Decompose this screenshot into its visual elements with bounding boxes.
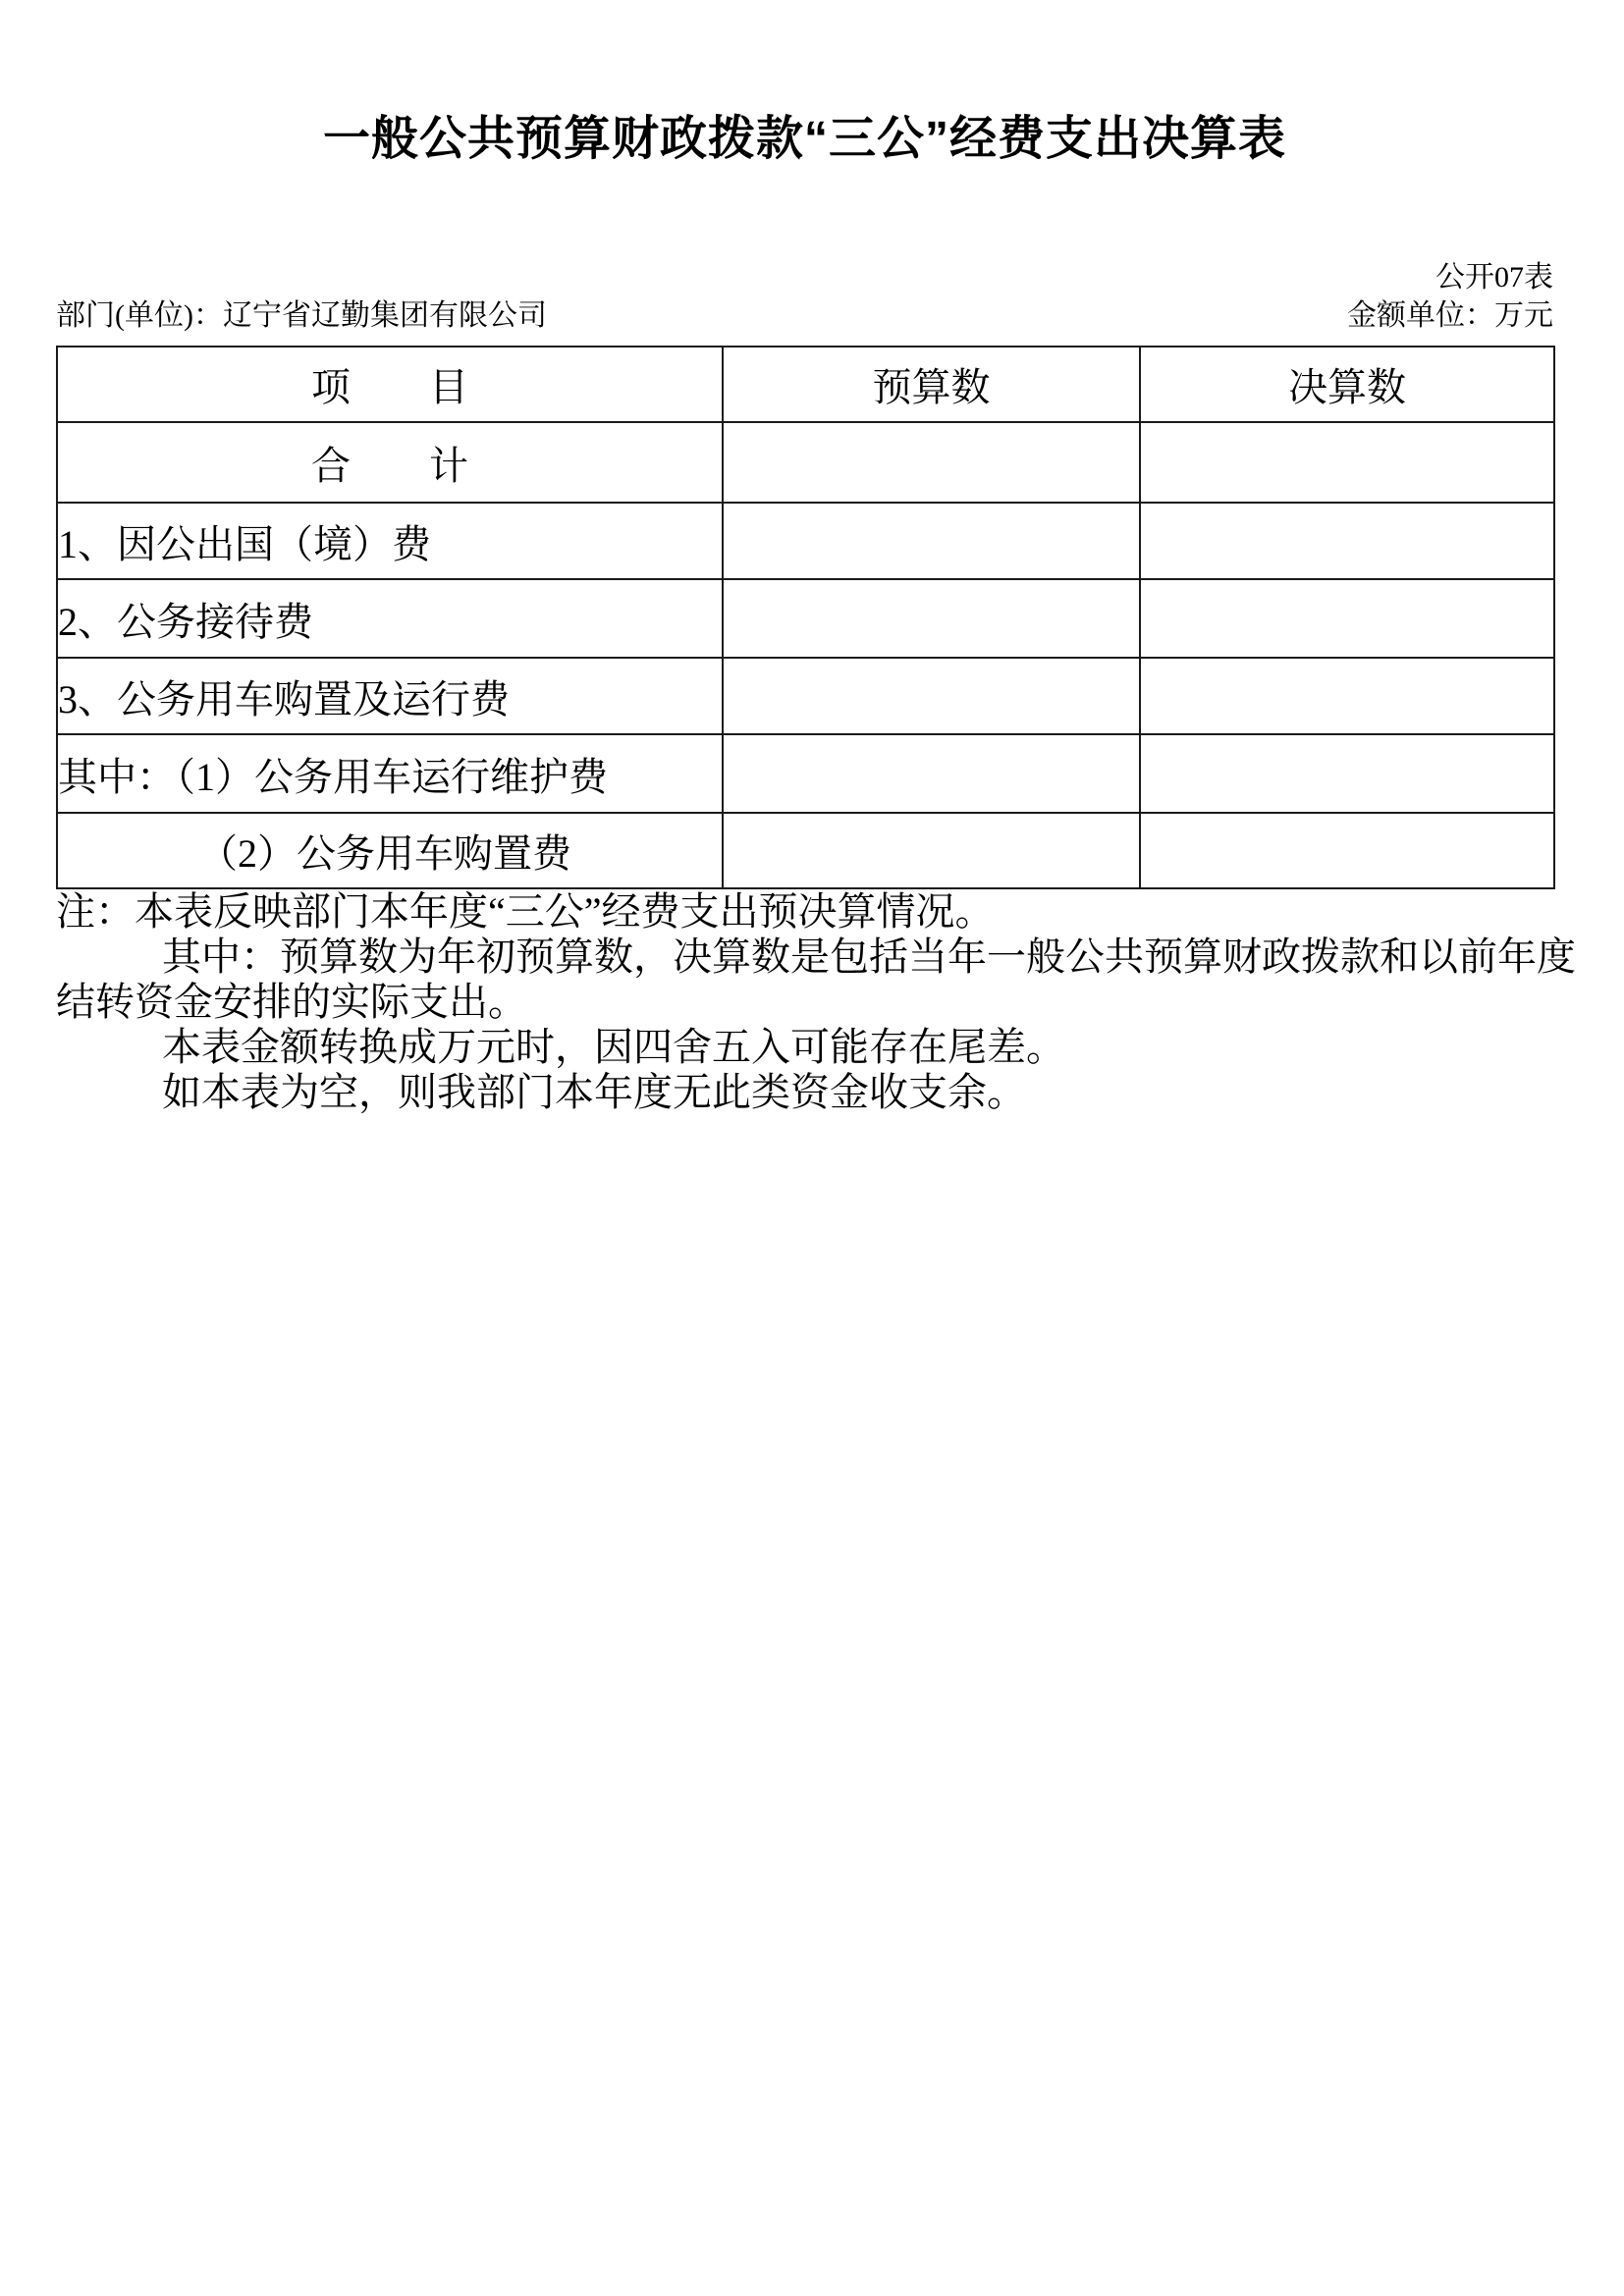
table-row-total: 合 计 bbox=[57, 422, 1554, 503]
notes-section: 注：本表反映部门本年度“三公”经费支出预决算情况。 其中：预算数为年初预算数，决… bbox=[56, 889, 1560, 1115]
final-cell bbox=[1140, 422, 1554, 503]
budget-cell bbox=[723, 734, 1140, 813]
table-header-row: 项 目 预算数 决算数 bbox=[57, 347, 1554, 422]
note-line-2: 其中：预算数为年初预算数，决算数是包括当年一般公共预算财政拨款和以前年度 bbox=[56, 934, 1560, 980]
table-row-reception: 2、公务接待费 bbox=[57, 579, 1554, 658]
note-line-3: 结转资金安排的实际支出。 bbox=[56, 980, 1560, 1025]
col-header-item: 项 目 bbox=[57, 347, 723, 422]
document-page: 一般公共预算财政拨款“三公”经费支出决算表 公开07表 部门(单位)：辽宁省辽勤… bbox=[0, 0, 1624, 2296]
meta-line: 部门(单位)：辽宁省辽勤集团有限公司 金额单位：万元 bbox=[56, 296, 1553, 336]
final-cell bbox=[1140, 503, 1554, 579]
table-row-abroad: 1、因公出国（境）费 bbox=[57, 503, 1554, 579]
item-cell: 3、公务用车购置及运行费 bbox=[57, 658, 723, 734]
final-cell bbox=[1140, 734, 1554, 813]
amount-unit-label: 金额单位：万元 bbox=[1347, 296, 1553, 336]
table-row-vehicle-operation: 其中：（1）公务用车运行维护费 bbox=[57, 734, 1554, 813]
page-title: 一般公共预算财政拨款“三公”经费支出决算表 bbox=[56, 112, 1553, 167]
budget-cell bbox=[723, 579, 1140, 658]
budget-cell bbox=[723, 422, 1140, 503]
item-cell: 合 计 bbox=[57, 422, 723, 503]
final-cell bbox=[1140, 579, 1554, 658]
note-line-1: 注：本表反映部门本年度“三公”经费支出预决算情况。 bbox=[56, 889, 1560, 934]
form-code: 公开07表 bbox=[56, 259, 1553, 296]
item-cell: 1、因公出国（境）费 bbox=[57, 503, 723, 579]
budget-cell bbox=[723, 813, 1140, 888]
budget-table: 项 目 预算数 决算数 合 计 1、因公出国（境）费 2、公务接待费 bbox=[56, 346, 1555, 889]
final-cell bbox=[1140, 658, 1554, 734]
department-label: 部门(单位)：辽宁省辽勤集团有限公司 bbox=[56, 296, 547, 336]
item-cell: 2、公务接待费 bbox=[57, 579, 723, 658]
note-line-4: 本表金额转换成万元时，因四舍五入可能存在尾差。 bbox=[56, 1025, 1560, 1070]
table-row-vehicle-purchase: （2）公务用车购置费 bbox=[57, 813, 1554, 888]
budget-cell bbox=[723, 503, 1140, 579]
col-header-final: 决算数 bbox=[1140, 347, 1554, 422]
col-header-budget: 预算数 bbox=[723, 347, 1140, 422]
budget-cell bbox=[723, 658, 1140, 734]
item-cell: 其中：（1）公务用车运行维护费 bbox=[57, 734, 723, 813]
final-cell bbox=[1140, 813, 1554, 888]
item-cell: （2）公务用车购置费 bbox=[57, 813, 723, 888]
note-line-5: 如本表为空，则我部门本年度无此类资金收支余。 bbox=[56, 1070, 1560, 1115]
table-row-vehicle: 3、公务用车购置及运行费 bbox=[57, 658, 1554, 734]
